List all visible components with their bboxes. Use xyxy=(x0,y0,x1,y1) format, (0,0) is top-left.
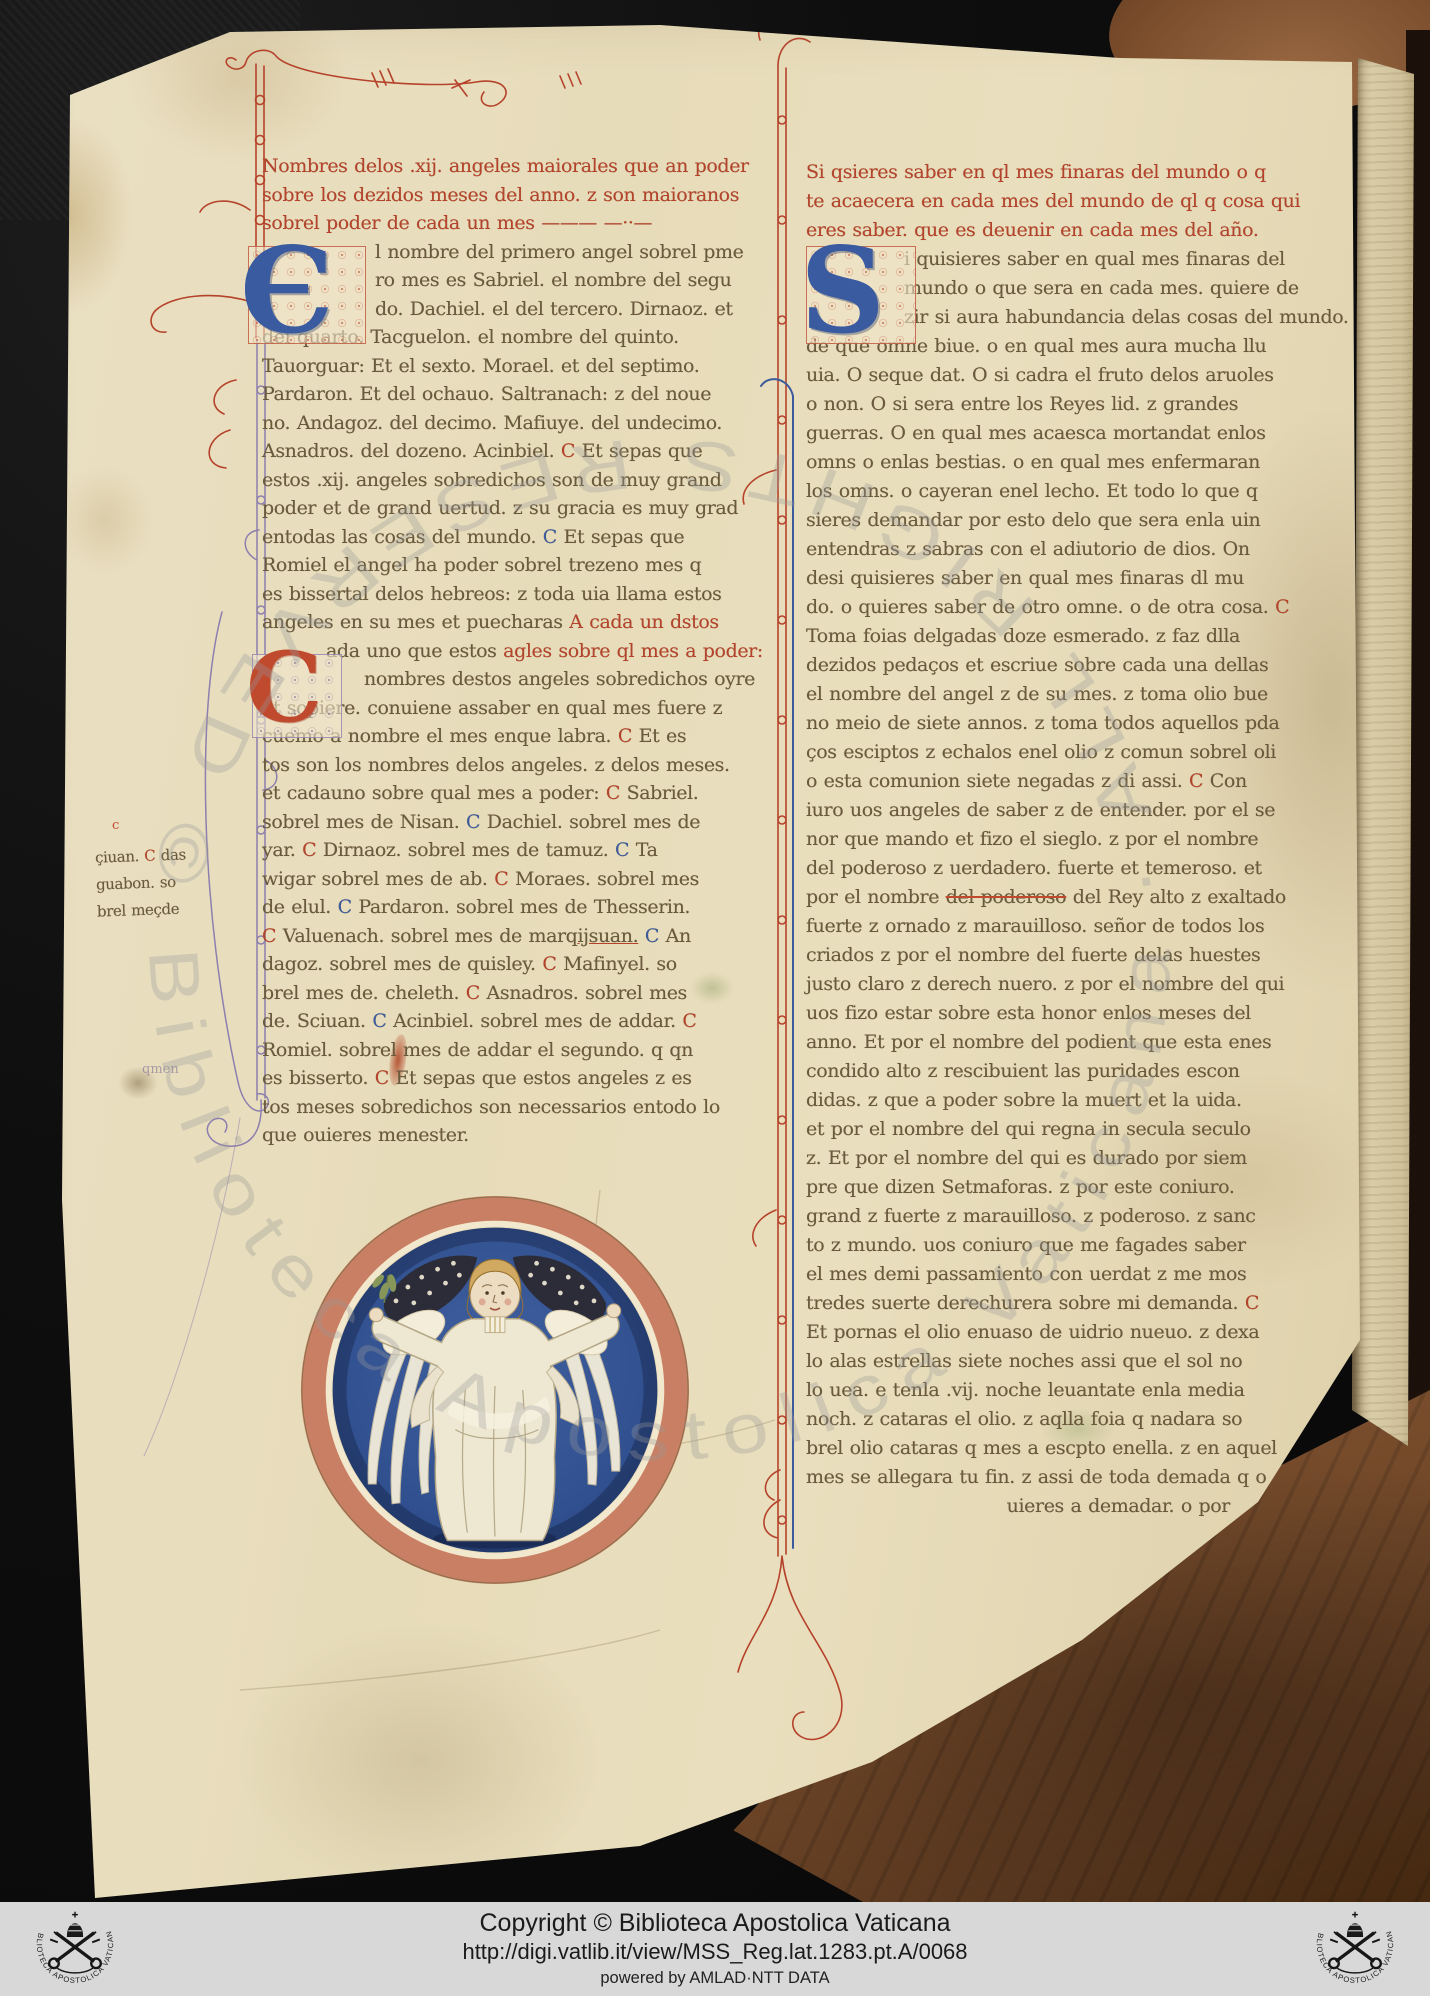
text-line: Toma foias delgadas doze esmerado. z faz… xyxy=(806,622,1246,651)
text-line: uia. O seque dat. O si cadra el fruto de… xyxy=(806,361,1246,390)
text-line: Et pornas el olio enuaso de uidrio nueuo… xyxy=(806,1318,1246,1347)
text-line: de. Sciuan. C Acinbiel. sobrel mes de ad… xyxy=(262,1007,767,1036)
text-line: grand z fuerte z marauilloso. z poderoso… xyxy=(806,1202,1246,1231)
text-line: el mes demi passamiento con uerdat z me … xyxy=(806,1260,1246,1289)
text-line: noch. z cataras el olio. z aqlla foia q … xyxy=(806,1405,1246,1434)
right-text-column: Si qsieres saber en ql mes finaras del m… xyxy=(806,158,1246,1521)
text-line: tos son los nombres delos angeles. z del… xyxy=(262,751,767,780)
text-line: no meio de siete annos. z toma todos aqu… xyxy=(806,709,1246,738)
text-line: o non. O si sera entre los Reyes lid. z … xyxy=(806,390,1246,419)
text-line: condido alto z rescibuient las puridades… xyxy=(806,1057,1246,1086)
text-line: angeles en su mes et puecharas A cada un… xyxy=(262,608,767,637)
text-line: tos meses sobredichos son necessarios en… xyxy=(262,1093,767,1122)
text-line: estos .xij. angeles sobredichos son de m… xyxy=(262,466,767,495)
text-line: poder et de grand uertud. z su gracia es… xyxy=(262,494,767,523)
text-line: Nombres delos .xij. angeles maiorales qu… xyxy=(262,152,767,181)
manuscript-url: http://digi.vatlib.it/view/MSS_Reg.lat.1… xyxy=(0,1938,1430,1966)
text-line: justo claro z derech nuero. z por el nom… xyxy=(806,970,1246,999)
text-line: tredes suerte derechurera sobre mi deman… xyxy=(806,1289,1246,1318)
text-line: lo alas estrellas siete noches assi que … xyxy=(806,1347,1246,1376)
decorated-initial-S: S xyxy=(800,232,885,350)
viewer-footer-bar: BIBLIOTECA APOSTOLICA VATICANA Copyright… xyxy=(0,1902,1430,1996)
copyright-line: Copyright © Biblioteca Apostolica Vatica… xyxy=(0,1908,1430,1938)
text-line: sobre los dezidos meses del anno. z son … xyxy=(262,181,767,210)
decorated-initial-C: C xyxy=(246,640,322,736)
text-line: del poderoso z uerdadero. fuerte et teme… xyxy=(806,854,1246,883)
text-line: ços esciptos z echalos enel olio z comun… xyxy=(806,738,1246,767)
text-line: Pardaron. Et del ochauo. Saltranach: z d… xyxy=(262,380,767,409)
text-line: nor que mando et fizo el sieglo. z por e… xyxy=(806,825,1246,854)
text-line: omns o enlas bestias. o en qual mes enfe… xyxy=(806,448,1246,477)
text-line: mes se allegara tu fin. z assi de toda d… xyxy=(806,1463,1246,1492)
text-line: dagoz. sobrel mes de quisley. C Mafinyel… xyxy=(262,950,767,979)
text-line: Si qsieres saber en ql mes finaras del m… xyxy=(806,158,1246,187)
text-line: es bisserto. C Et sepas que estos angele… xyxy=(262,1064,767,1093)
text-line: criados z por el nombre del fuerte delas… xyxy=(806,941,1246,970)
text-line: brel mes de. cheleth. C Asnadros. sobrel… xyxy=(262,979,767,1008)
text-line: el nombre del angel z de su mes. z toma … xyxy=(806,680,1246,709)
text-line: uos fizo estar sobre esta honor enlos me… xyxy=(806,999,1246,1028)
powered-by-line: powered by AMLAD·NTT DATA xyxy=(0,1966,1430,1990)
text-line: sobrel mes de Nisan. C Dachiel. sobrel m… xyxy=(262,808,767,837)
text-line: entendras z sabras con el adiutorio de d… xyxy=(806,535,1246,564)
angel-roundel-miniature xyxy=(297,1192,693,1588)
text-line: do. o quieres saber de otro omne. o de o… xyxy=(806,593,1246,622)
text-line: Asnadros. del dozeno. Acinbiel. C Et sep… xyxy=(262,437,767,466)
decorated-initial-E: Є xyxy=(240,232,334,350)
text-line: es bissertal delos hebreos: z toda uia l… xyxy=(262,580,767,609)
text-line: C Valuenach. sobrel mes de marqijsuan. C… xyxy=(262,922,767,951)
vatican-library-logo: BIBLIOTECA APOSTOLICA VATICANA xyxy=(1307,1906,1403,1992)
text-line: guerras. O en qual mes acaesca mortandat… xyxy=(806,419,1246,448)
text-line: et cadauno sobre qual mes a poder: C Sab… xyxy=(262,779,767,808)
margin-red-tick: c xyxy=(112,818,119,833)
right-column-body: i quisieres saber en qual mes finaras de… xyxy=(806,245,1246,1521)
text-line: desi quisieres saber en qual mes finaras… xyxy=(806,564,1246,593)
text-line: iuro uos angeles de saber z de entender.… xyxy=(806,796,1246,825)
text-line: los omns. o cayeran enel lecho. Et todo … xyxy=(806,477,1246,506)
text-line: z. Et por el nombre del qui es durado po… xyxy=(806,1144,1246,1173)
text-line: Romiel. sobrel mes de addar el segundo. … xyxy=(262,1036,767,1065)
manuscript-digitization-photo: Nombres delos .xij. angeles maiorales qu… xyxy=(0,0,1430,1996)
text-line: brel meçde xyxy=(97,893,248,925)
margin-note: çiuan. C dasguabon. sobrel meçde xyxy=(95,839,248,925)
text-line: uieres a demadar. o por xyxy=(806,1492,1246,1521)
text-line: por el nombre del poderoso del Rey alto … xyxy=(806,883,1246,912)
text-line: Romiel el angel ha poder sobrel trezeno … xyxy=(262,551,767,580)
text-line: Tauorguar: Et el sexto. Morael. et del s… xyxy=(262,352,767,381)
text-line: te acaecera en cada mes del mundo de ql … xyxy=(806,187,1246,216)
text-line: que ouieres menester. xyxy=(262,1121,767,1150)
text-line: anno. Et por el nombre del podient que e… xyxy=(806,1028,1246,1057)
text-line: entodas las cosas del mundo. C Et sepas … xyxy=(262,523,767,552)
text-line: sieres demandar por esto delo que sera e… xyxy=(806,506,1246,535)
text-line: wigar sobrel mes de ab. C Moraes. sobrel… xyxy=(262,865,767,894)
text-line: dezidos pedaços et escriue sobre cada un… xyxy=(806,651,1246,680)
book-fore-edge-pages xyxy=(1352,58,1418,1448)
text-line: didas. z que a poder sobre la muert et l… xyxy=(806,1086,1246,1115)
text-line: de elul. C Pardaron. sobrel mes de Thess… xyxy=(262,893,767,922)
margin-corner-mark: z m xyxy=(25,1435,53,1455)
footer-text-block: Copyright © Biblioteca Apostolica Vatica… xyxy=(0,1908,1430,1990)
text-line: lo uea. e tenla .vij. noche leuantate en… xyxy=(806,1376,1246,1405)
text-line: pre que dizen Setmaforas. z por este con… xyxy=(806,1173,1246,1202)
text-line: et por el nombre del qui regna in secula… xyxy=(806,1115,1246,1144)
text-line: yar. C Dirnaoz. sobrel mes de tamuz. C T… xyxy=(262,836,767,865)
text-line: brel olio cataras q mes a escpto enella.… xyxy=(806,1434,1246,1463)
text-line: to z mundo. uos coniuro que me fagades s… xyxy=(806,1231,1246,1260)
text-line: fuerte z ornado z marauilloso. señor de … xyxy=(806,912,1246,941)
text-line: o esta comunion siete negadas z di assi.… xyxy=(806,767,1246,796)
text-line: no. Andagoz. del decimo. Mafiuye. del un… xyxy=(262,409,767,438)
faint-margin-note: qmen xyxy=(142,1062,179,1077)
left-column-rubric: Nombres delos .xij. angeles maiorales qu… xyxy=(262,152,767,238)
text-line: sobrel poder de cada un mes ——— —··— xyxy=(262,209,767,238)
